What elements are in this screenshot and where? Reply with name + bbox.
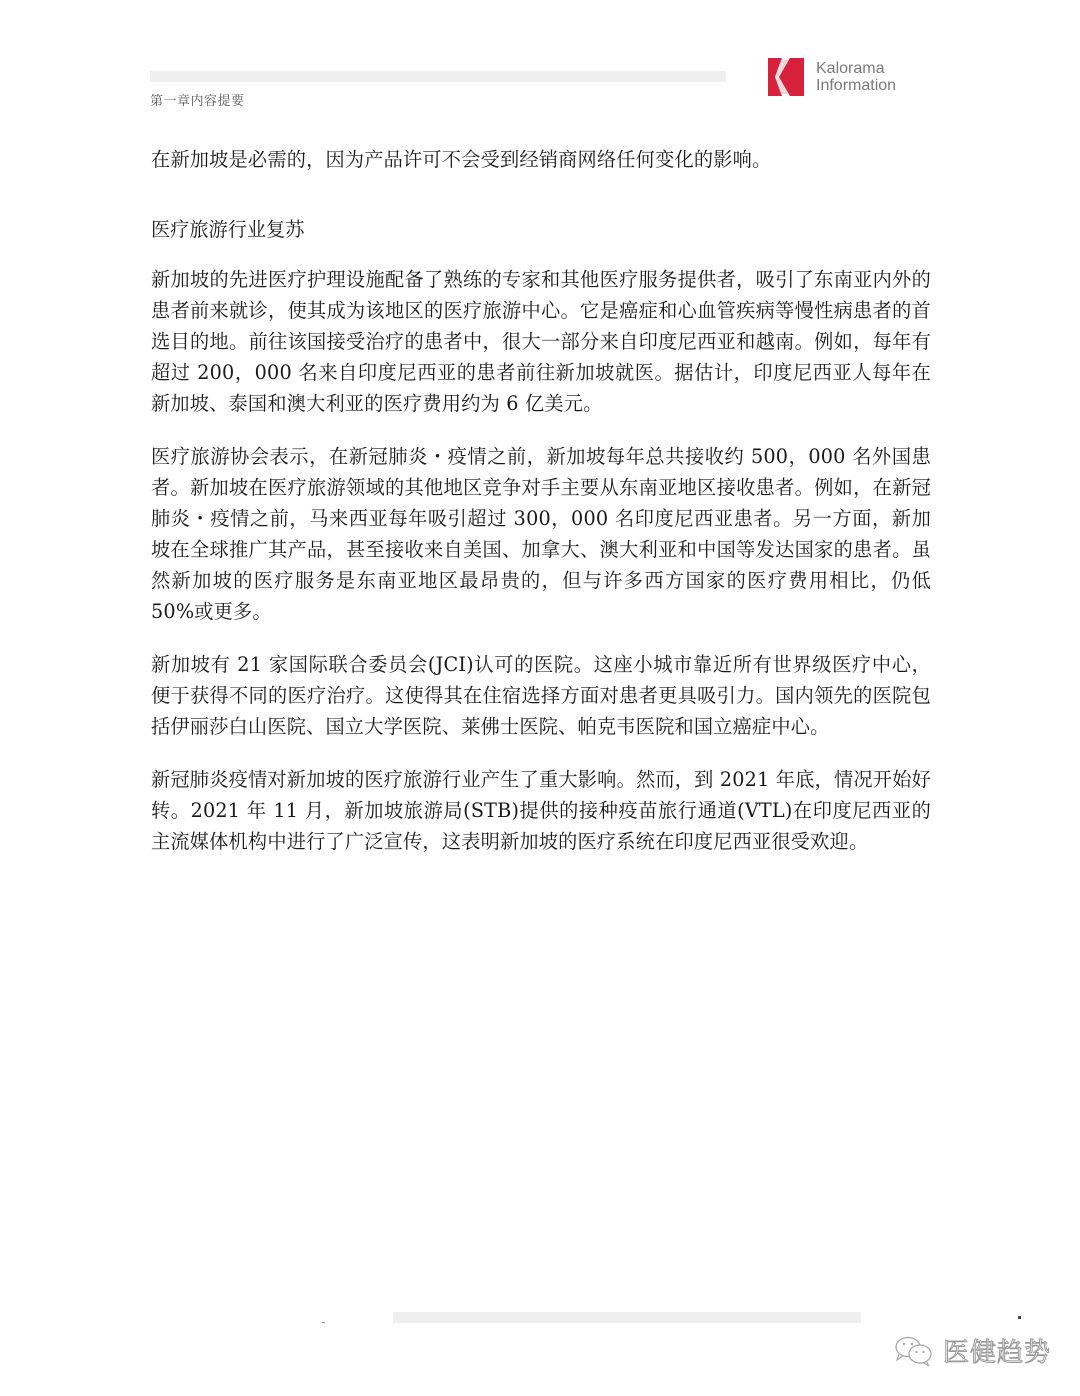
wechat-icon	[893, 1335, 937, 1367]
paragraph-2: 医疗旅游协会表示，在新冠肺炎・疫情之前，新加坡每年总共接收约 500，000 名…	[151, 441, 931, 627]
section-heading: 医疗旅游行业复苏	[151, 214, 931, 245]
watermark-text: 医健趋势	[943, 1332, 1051, 1369]
logo-line-1: Kalorama	[816, 60, 896, 77]
kalorama-logo-icon	[768, 58, 804, 96]
section-label: 第一章内容提要	[150, 90, 245, 109]
intro-paragraph: 在新加坡是必需的，因为产品许可不会受到经销商网络任何变化的影响。	[151, 144, 931, 175]
header-rule	[150, 71, 726, 82]
footer-rule	[393, 1312, 861, 1323]
paragraph-4: 新冠肺炎疫情对新加坡的医疗旅游行业产生了重大影响。然而，到 2021 年底，情况…	[151, 764, 931, 857]
kalorama-logo: Kalorama Information	[768, 58, 896, 96]
paragraph-1: 新加坡的先进医疗护理设施配备了熟练的专家和其他医疗服务提供者，吸引了东南亚内外的…	[151, 264, 931, 419]
paragraph-3: 新加坡有 21 家国际联合委员会(JCI)认可的医院。这座小城市靠近所有世界级医…	[151, 649, 931, 742]
watermark: 医健趋势	[893, 1332, 1051, 1369]
logo-line-2: Information	[816, 77, 896, 94]
page-marker	[1018, 1316, 1021, 1319]
document-body: 在新加坡是必需的，因为产品许可不会受到经销商网络任何变化的影响。 医疗旅游行业复…	[151, 144, 931, 857]
logo-wordmark: Kalorama Information	[816, 60, 896, 94]
scan-artifact	[322, 1322, 325, 1323]
